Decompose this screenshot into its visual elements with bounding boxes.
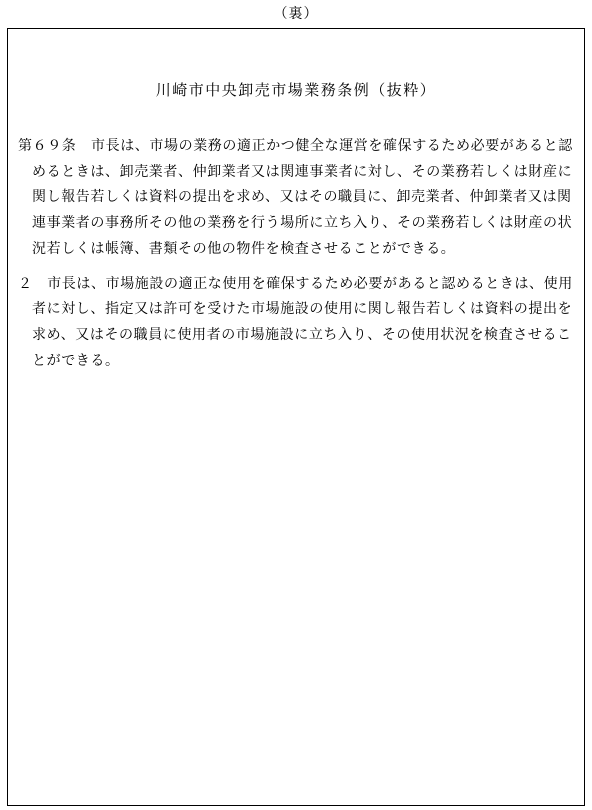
- text-line: めるときは、卸売業者、仲卸業者又は関連事業者に対し、その業務若しくは財産に: [18, 159, 574, 185]
- document-page: （裏） 川崎市中央卸売市場業務条例（抜粋） 第６９条 市長は、市場の業務の適正か…: [0, 0, 592, 810]
- text-line: とができる。: [18, 348, 574, 374]
- document-border-box: 川崎市中央卸売市場業務条例（抜粋） 第６９条 市長は、市場の業務の適正かつ健全な…: [7, 28, 585, 806]
- text-line: 求め、又はその職員に使用者の市場施設に立ち入り、その使用状況を検査させるこ: [18, 322, 574, 348]
- text-line: 関し報告若しくは資料の提出を求め、又はその職員に、卸売業者、仲卸業者又は関: [18, 184, 574, 210]
- text-line: 第６９条 市長は、市場の業務の適正かつ健全な運営を確保するため必要があると認: [18, 133, 574, 159]
- document-title: 川崎市中央卸売市場業務条例（抜粋）: [8, 79, 584, 100]
- article-69-clause-1: 第６９条 市長は、市場の業務の適正かつ健全な運営を確保するため必要があると認 め…: [18, 133, 574, 262]
- text-line: 況若しくは帳簿、書類その他の物件を検査させることができる。: [18, 236, 574, 262]
- text-line: ２ 市長は、市場施設の適正な使用を確保するため必要があると認めるときは、使用: [18, 271, 574, 297]
- text-line: 連事業者の事務所その他の業務を行う場所に立ち入り、その業務若しくは財産の状: [18, 210, 574, 236]
- article-69-clause-2: ２ 市長は、市場施設の適正な使用を確保するため必要があると認めるときは、使用 者…: [18, 271, 574, 374]
- text-line: 者に対し、指定又は許可を受けた市場施設の使用に関し報告若しくは資料の提出を: [18, 296, 574, 322]
- document-body: 第６９条 市長は、市場の業務の適正かつ健全な運営を確保するため必要があると認 め…: [8, 133, 584, 373]
- page-side-label: （裏）: [0, 3, 592, 23]
